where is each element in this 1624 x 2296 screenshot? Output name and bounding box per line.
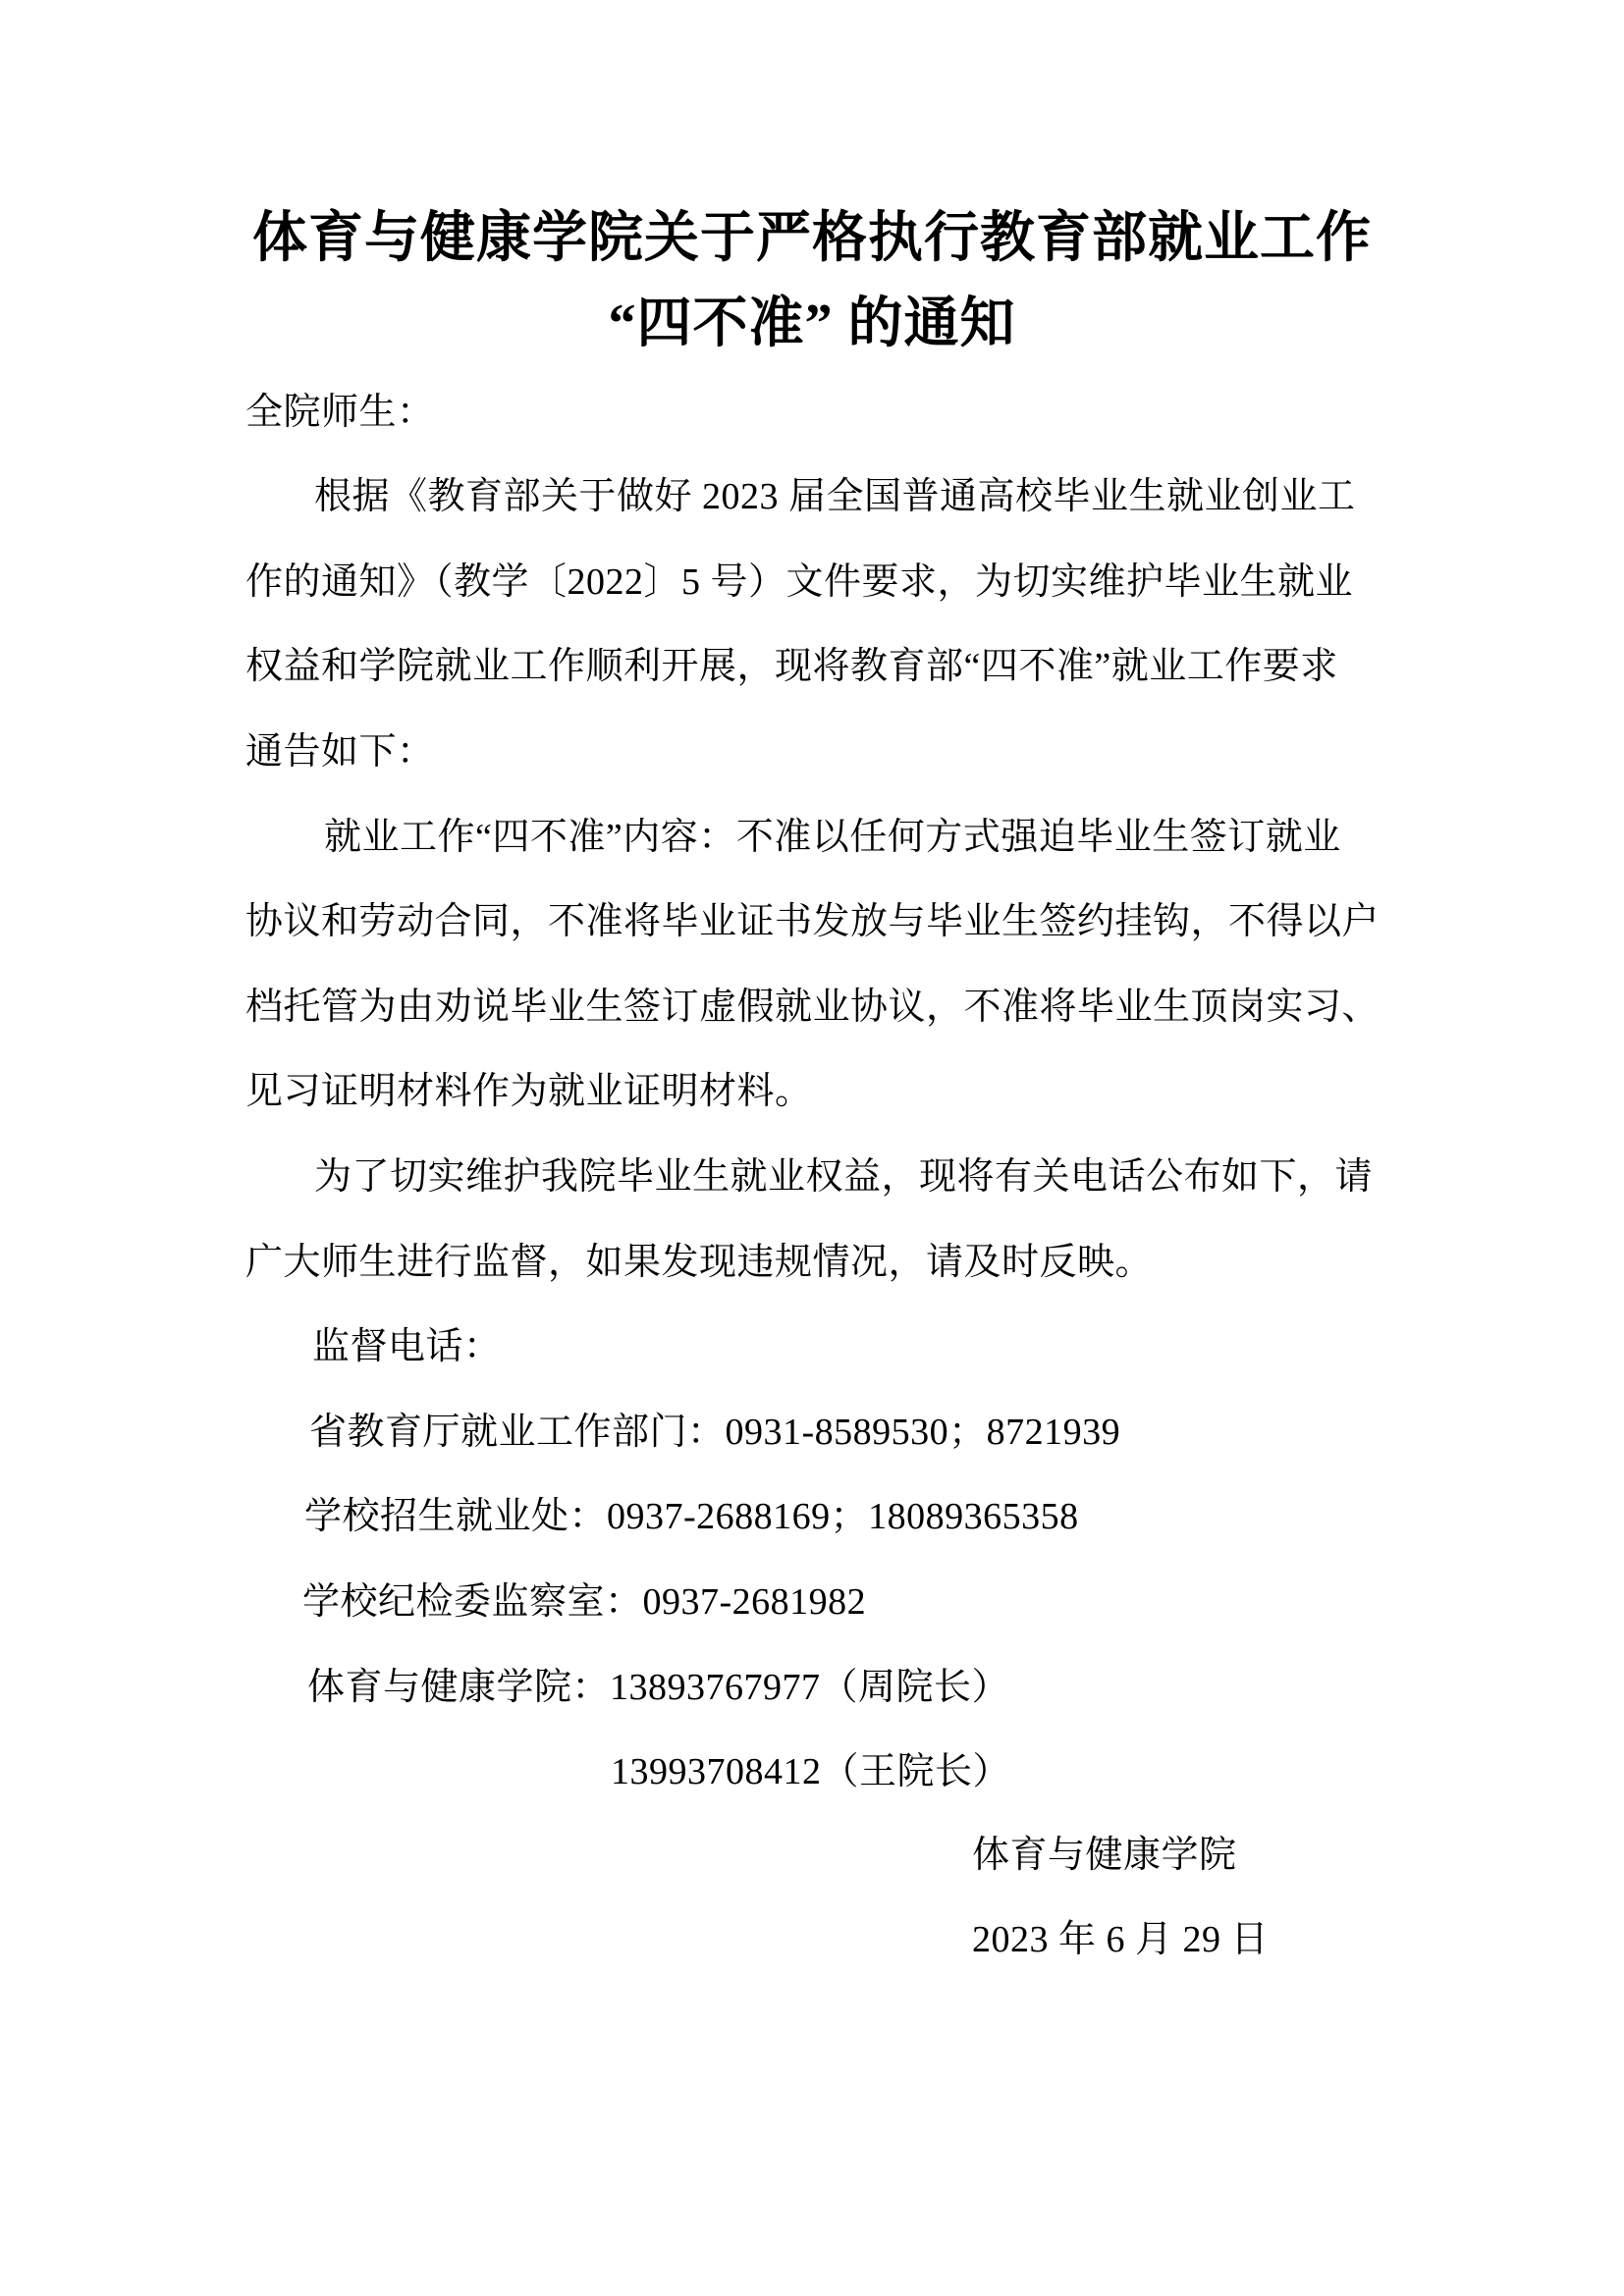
paragraph2-line-4: 见习证明材料作为就业证明材料。 (245, 1049, 813, 1135)
paragraph1-line-1: 根据《教育部关于做好 2023 届全国普通高校毕业生就业创业工 (314, 454, 1356, 540)
paragraph1-line-3: 权益和学院就业工作顺利开展，现将教育部“四不准”就业工作要求 (245, 624, 1338, 710)
paragraph1-line-2: 作的通知》（教学〔2022〕5 号）文件要求，为切实维护毕业生就业 (245, 540, 1353, 625)
paragraph2-line-1: 就业工作“四不准”内容：不准以任何方式强迫毕业生签订就业 (324, 795, 1341, 881)
contact-line-provincial-education-dept: 省教育厅就业工作部门：0931-8589530；8721939 (309, 1390, 1120, 1475)
notice-title-line-1: 体育与健康学院关于严格执行教育部就业工作 (0, 196, 1624, 282)
supervision-phone-label: 监督电话： (312, 1305, 502, 1390)
document-page: 体育与健康学院关于严格执行教育部就业工作 “四不准” 的通知 全院师生： 根据《… (0, 0, 1624, 2296)
signature-college-name: 体育与健康学院 (972, 1813, 1237, 1898)
contact-line-college-dean-zhou: 体育与健康学院：13893767977（周院长） (307, 1645, 1009, 1731)
notice-title-line-2: “四不准” 的通知 (0, 282, 1624, 367)
salutation: 全院师生： (245, 370, 435, 455)
signature-date: 2023 年 6 月 29 日 (972, 1897, 1269, 1983)
paragraph3-line-1: 为了切实维护我院毕业生就业权益，现将有关电话公布如下，请 (314, 1135, 1373, 1220)
contact-line-college-dean-wang: 13993708412（王院长） (611, 1730, 1010, 1815)
paragraph2-line-2: 协议和劳动合同，不准将毕业证书发放与毕业生签约挂钩，不得以户 (245, 880, 1380, 965)
paragraph1-line-4: 通告如下： (245, 710, 435, 795)
paragraph2-line-3: 档托管为由劝说毕业生签订虚假就业协议，不准将毕业生顶岗实习、 (245, 965, 1380, 1050)
paragraph3-line-2: 广大师生进行监督，如果发现违规情况，请及时反映。 (245, 1220, 1153, 1306)
contact-line-admissions-employment-office: 学校招生就业处：0937-2688169；18089365358 (304, 1474, 1079, 1560)
contact-line-discipline-inspection-office: 学校纪检委监察室：0937-2681982 (302, 1560, 866, 1645)
